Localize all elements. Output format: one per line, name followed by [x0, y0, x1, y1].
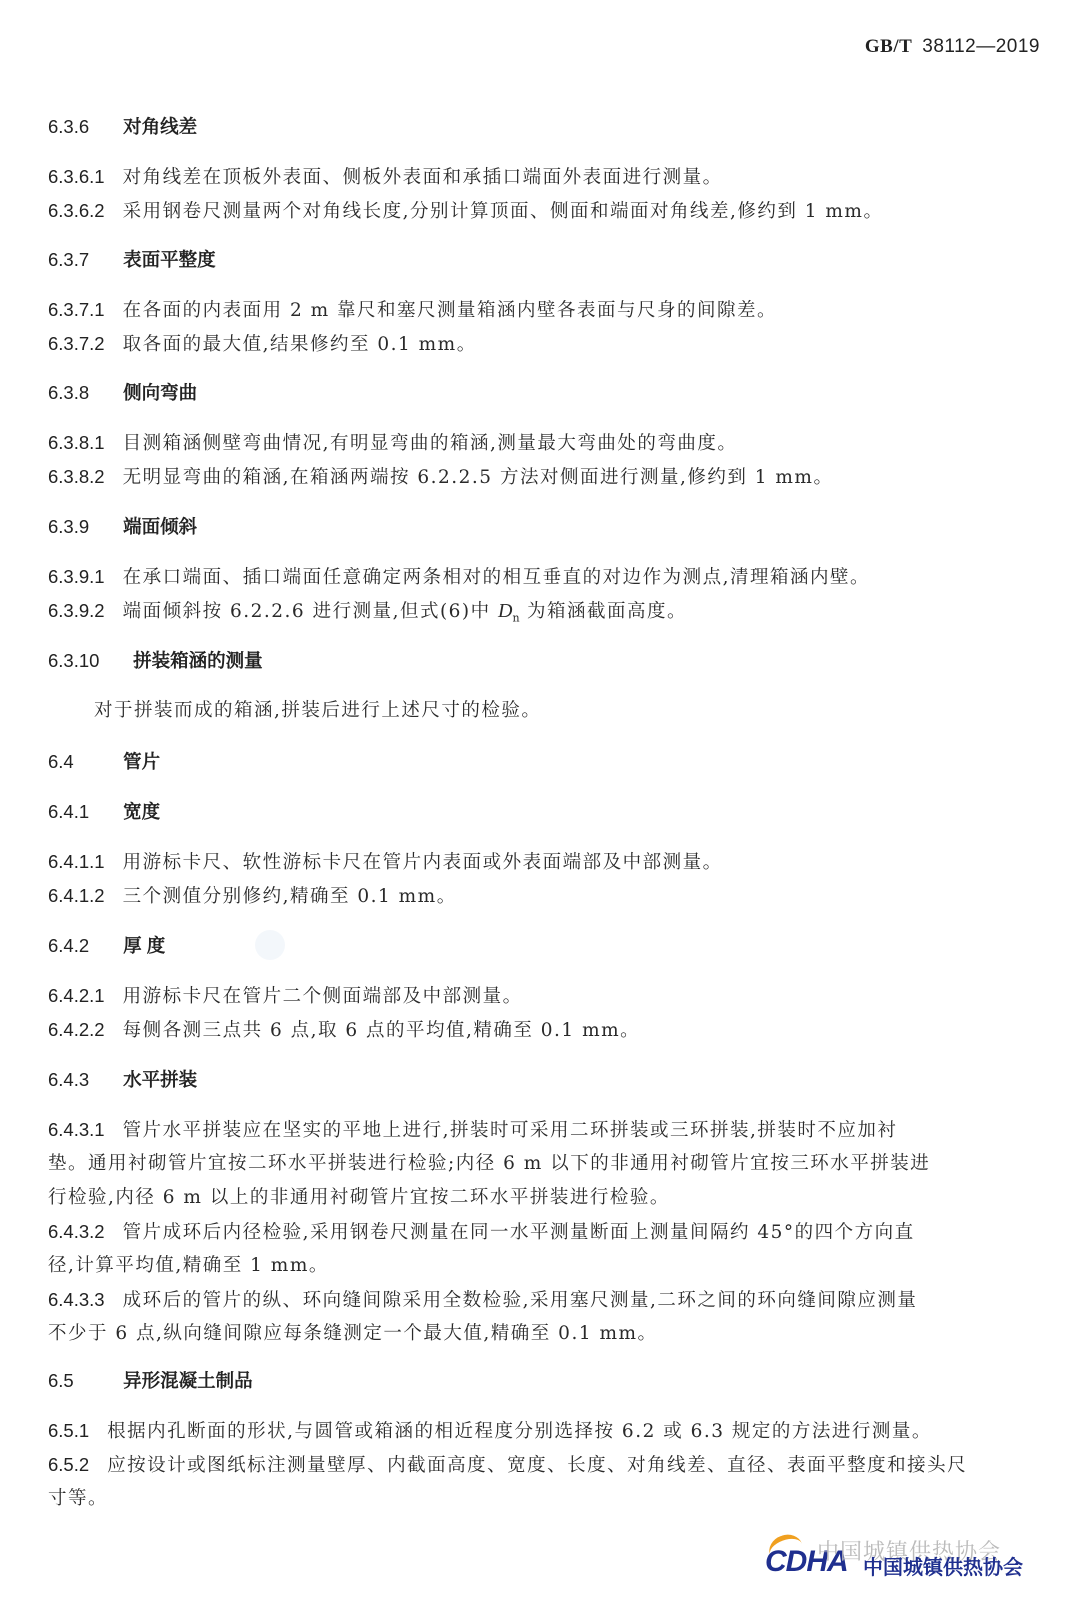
- paragraph: 6.4.3.1管片水平拼装应在坚实的平地上进行,拼装时可采用二环拼装或三环拼装,…: [48, 1113, 1040, 1148]
- paragraph: 6.4.2.1用游标卡尺在管片二个侧面端部及中部测量。: [48, 979, 1040, 1014]
- paragraph: 6.4.2.2每侧各测三点共 6 点,取 6 点的平均值,精确至 0.1 mm。: [48, 1013, 1040, 1048]
- clause-number: 6.4.3.3: [48, 1283, 105, 1317]
- clause-text: 每侧各测三点共 6 点,取 6 点的平均值,精确至 0.1 mm。: [123, 1020, 641, 1041]
- clause-number: 6.4.1.1: [48, 845, 105, 879]
- clause-number: 6.3.9.1: [48, 560, 105, 594]
- clause-text: 成环后的管片的纵、环向缝间隙采用全数检验,采用塞尺测量,二环之间的环向缝间隙应测…: [123, 1290, 918, 1311]
- section-number: 6.4.2: [48, 929, 118, 963]
- clause-text: 管片水平拼装应在坚实的平地上进行,拼装时可采用二环拼装或三环拼装,拼装时不应加衬: [123, 1120, 898, 1141]
- clause-number: 6.3.8.1: [48, 426, 105, 460]
- clause-text: 端面倾斜按 6.2.2.6 进行测量,但式(6)中: [123, 601, 498, 622]
- paragraph: 6.4.3.3成环后的管片的纵、环向缝间隙采用全数检验,采用塞尺测量,二环之间的…: [48, 1283, 1040, 1318]
- clause-number: 6.4.2.1: [48, 979, 105, 1013]
- paragraph: 6.3.9.1在承口端面、插口端面任意确定两条相对的相互垂直的对边作为测点,清理…: [48, 560, 1040, 595]
- section-title: 对角线差: [123, 116, 197, 137]
- clause-number: 6.3.7.2: [48, 327, 105, 361]
- section-number: 6.4.3: [48, 1063, 118, 1097]
- section-title: 拼装箱涵的测量: [133, 650, 263, 671]
- watermark-org-name: 中国城镇供热协会: [863, 1551, 1023, 1580]
- paragraph: 6.3.8.2无明显弯曲的箱涵,在箱涵两端按 6.2.2.5 方法对侧面进行测量…: [48, 460, 1040, 495]
- clause-text: 在各面的内表面用 2 m 靠尺和塞尺测量箱涵内壁各表面与尺身的间隙差。: [123, 300, 777, 321]
- clause-number: 6.3.6.2: [48, 194, 105, 228]
- section-heading: 6.3.8 侧向弯曲: [48, 376, 1040, 410]
- watermark: CDHA 中国城镇供热协会 中国城镇供热协会: [765, 1535, 1065, 1585]
- clause-number: 6.4.2.2: [48, 1013, 105, 1047]
- standard-code: GB/T: [865, 36, 912, 57]
- section-heading: 6.4.2 厚 度: [48, 929, 1040, 963]
- clause-text: 在承口端面、插口端面任意确定两条相对的相互垂直的对边作为测点,清理箱涵内壁。: [123, 567, 870, 588]
- section-title: 表面平整度: [123, 249, 216, 270]
- clause-text: 对角线差在顶板外表面、侧板外表面和承插口端面外表面进行测量。: [123, 167, 723, 188]
- section-heading: 6.4 管片: [48, 745, 1040, 779]
- clause-number: 6.3.7.1: [48, 293, 105, 327]
- clause-text: 根据内孔断面的形状,与圆管或箱涵的相近程度分别选择按 6.2 或 6.3 规定的…: [107, 1421, 932, 1442]
- clause-text: 管片成环后内径检验,采用钢卷尺测量在同一水平测量断面上测量间隔约 45°的四个方…: [123, 1222, 915, 1243]
- section-number: 6.3.9: [48, 510, 118, 544]
- clause-text: 目测箱涵侧壁弯曲情况,有明显弯曲的箱涵,测量最大弯曲处的弯曲度。: [123, 433, 738, 454]
- clause-text: 用游标卡尺、软性游标卡尺在管片内表面或外表面端部及中部测量。: [123, 852, 723, 873]
- paragraph: 6.4.1.2三个测值分别修约,精确至 0.1 mm。: [48, 879, 1040, 914]
- clause-number: 6.3.9.2: [48, 594, 105, 628]
- section-heading: 6.4.3 水平拼装: [48, 1063, 1040, 1097]
- page-header: GB/T38112—2019: [865, 36, 1040, 58]
- section-number: 6.4.1: [48, 795, 118, 829]
- section-heading: 6.3.9 端面倾斜: [48, 510, 1040, 544]
- clause-text: 三个测值分别修约,精确至 0.1 mm。: [123, 886, 457, 907]
- clause-number: 6.4.3.2: [48, 1215, 105, 1249]
- clause-number: 6.3.6.1: [48, 160, 105, 194]
- clause-text: 用游标卡尺在管片二个侧面端部及中部测量。: [123, 986, 523, 1007]
- clause-number: 6.4.1.2: [48, 879, 105, 913]
- section-title: 端面倾斜: [123, 516, 197, 537]
- paragraph: 6.3.7.2取各面的最大值,结果修约至 0.1 mm。: [48, 327, 1040, 362]
- math-subscript: n: [512, 612, 519, 625]
- paragraph: 6.3.6.1对角线差在顶板外表面、侧板外表面和承插口端面外表面进行测量。: [48, 160, 1040, 195]
- section-title: 侧向弯曲: [123, 382, 197, 403]
- paragraph-continuation: 垫。通用衬砌管片宜按二环水平拼装进行检验;内径 6 m 以下的非通用衬砌管片宜按…: [48, 1147, 1040, 1181]
- plain-paragraph: 对于拼装而成的箱涵,拼装后进行上述尺寸的检验。: [94, 694, 1040, 728]
- section-title: 异形混凝土制品: [123, 1370, 253, 1391]
- standard-number: 38112—2019: [922, 36, 1040, 57]
- math-symbol: D: [498, 600, 512, 622]
- clause-number: 6.3.8.2: [48, 460, 105, 494]
- section-number: 6.4: [48, 745, 118, 779]
- section-title: 厚 度: [123, 935, 165, 956]
- paragraph: 6.4.1.1用游标卡尺、软性游标卡尺在管片内表面或外表面端部及中部测量。: [48, 845, 1040, 880]
- section-number: 6.5: [48, 1364, 118, 1398]
- paragraph-continuation: 行检验,内径 6 m 以上的非通用衬砌管片宜按二环水平拼装进行检验。: [48, 1181, 1040, 1215]
- section-title: 水平拼装: [123, 1069, 197, 1090]
- section-title: 管片: [123, 751, 160, 772]
- paragraph: 6.3.8.1目测箱涵侧壁弯曲情况,有明显弯曲的箱涵,测量最大弯曲处的弯曲度。: [48, 426, 1040, 461]
- paragraph: 6.3.9.2端面倾斜按 6.2.2.6 进行测量,但式(6)中 Dn 为箱涵截…: [48, 594, 1040, 636]
- clause-text: 为箱涵截面高度。: [520, 601, 687, 622]
- section-title: 宽度: [123, 801, 160, 822]
- section-heading: 6.4.1 宽度: [48, 795, 1040, 829]
- section-number: 6.3.8: [48, 376, 118, 410]
- paragraph-continuation: 不少于 6 点,纵向缝间隙应每条缝测定一个最大值,精确至 0.1 mm。: [48, 1317, 1040, 1351]
- paragraph: 6.5.2应按设计或图纸标注测量壁厚、内截面高度、宽度、长度、对角线差、直径、表…: [48, 1448, 1040, 1483]
- clause-number: 6.4.3.1: [48, 1113, 105, 1147]
- clause-number: 6.5.2: [48, 1448, 89, 1482]
- paragraph-continuation: 径,计算平均值,精确至 1 mm。: [48, 1249, 1040, 1283]
- paragraph: 6.3.6.2采用钢卷尺测量两个对角线长度,分别计算顶面、侧面和端面对角线差,修…: [48, 194, 1040, 229]
- section-number: 6.3.6: [48, 110, 118, 144]
- paragraph: 6.5.1根据内孔断面的形状,与圆管或箱涵的相近程度分别选择按 6.2 或 6.…: [48, 1414, 1040, 1449]
- clause-number: 6.5.1: [48, 1414, 89, 1448]
- clause-text: 应按设计或图纸标注测量壁厚、内截面高度、宽度、长度、对角线差、直径、表面平整度和…: [107, 1455, 967, 1476]
- paragraph: 6.4.3.2管片成环后内径检验,采用钢卷尺测量在同一水平测量断面上测量间隔约 …: [48, 1215, 1040, 1250]
- section-number: 6.3.7: [48, 243, 118, 277]
- clause-text: 无明显弯曲的箱涵,在箱涵两端按 6.2.2.5 方法对侧面进行测量,修约到 1 …: [123, 467, 834, 488]
- clause-text: 采用钢卷尺测量两个对角线长度,分别计算顶面、侧面和端面对角线差,修约到 1 mm…: [123, 201, 884, 222]
- section-heading: 6.3.7 表面平整度: [48, 243, 1040, 277]
- section-number: 6.3.10: [48, 644, 128, 678]
- paragraph: 6.3.7.1在各面的内表面用 2 m 靠尺和塞尺测量箱涵内壁各表面与尺身的间隙…: [48, 293, 1040, 328]
- clause-text: 取各面的最大值,结果修约至 0.1 mm。: [123, 334, 477, 355]
- section-heading: 6.3.10 拼装箱涵的测量: [48, 644, 1040, 678]
- section-heading: 6.5 异形混凝土制品: [48, 1364, 1040, 1398]
- section-heading: 6.3.6 对角线差: [48, 110, 1040, 144]
- paragraph-continuation: 寸等。: [48, 1482, 1040, 1516]
